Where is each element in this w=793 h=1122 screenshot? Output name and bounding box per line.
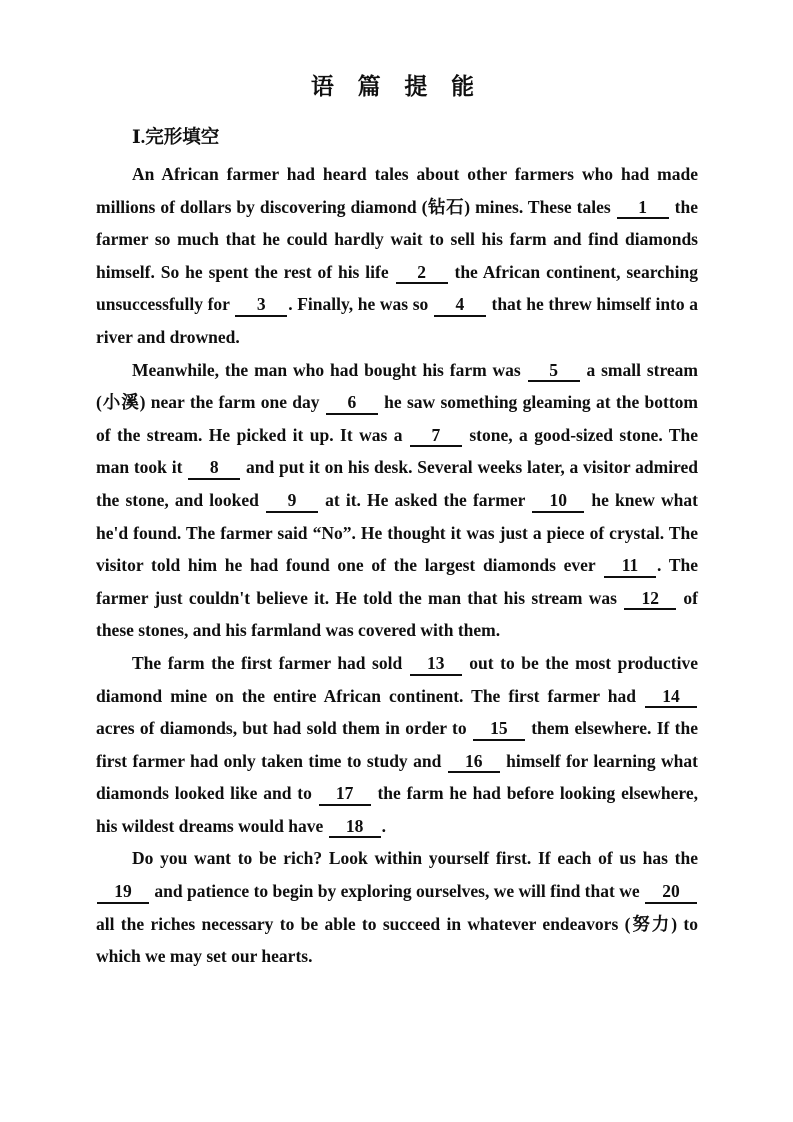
blank-number: 14 <box>662 686 680 706</box>
cloze-blank-5: 5 <box>528 361 580 383</box>
cloze-blank-2: 2 <box>396 263 448 285</box>
blank-number: 2 <box>417 262 426 282</box>
blank-number: 4 <box>456 294 465 314</box>
blank-number: 17 <box>336 783 354 803</box>
blank-number: 1 <box>638 197 647 217</box>
cloze-blank-18: 18 <box>329 817 381 839</box>
blank-number: 15 <box>490 718 508 738</box>
blank-number: 19 <box>114 881 132 901</box>
cloze-blank-4: 4 <box>434 295 486 317</box>
cloze-blank-13: 13 <box>410 654 462 676</box>
blank-number: 20 <box>662 881 680 901</box>
blank-number: 9 <box>288 490 297 510</box>
blank-number: 10 <box>550 490 568 510</box>
cloze-blank-12: 12 <box>624 589 676 611</box>
document-page: 语 篇 提 能 Ⅰ.完形填空 An African farmer had hea… <box>0 0 793 1122</box>
cloze-blank-7: 7 <box>410 426 462 448</box>
section-heading-cloze: Ⅰ.完形填空 <box>96 126 698 150</box>
blank-number: 3 <box>257 294 266 314</box>
cloze-blank-3: 3 <box>235 295 287 317</box>
cloze-blank-15: 15 <box>473 719 525 741</box>
blank-number: 13 <box>427 653 445 673</box>
passage-paragraph-2: Meanwhile, the man who had bought his fa… <box>96 354 698 647</box>
cloze-blank-6: 6 <box>326 393 378 415</box>
blank-number: 8 <box>210 457 219 477</box>
passage-paragraph-4: Do you want to be rich? Look within your… <box>96 842 698 972</box>
blank-number: 16 <box>465 751 483 771</box>
cloze-blank-9: 9 <box>266 491 318 513</box>
blank-number: 6 <box>347 392 356 412</box>
passage-paragraph-1: An African farmer had heard tales about … <box>96 158 698 354</box>
cloze-blank-16: 16 <box>448 752 500 774</box>
page-title: 语 篇 提 能 <box>96 72 698 102</box>
blank-number: 7 <box>432 425 441 445</box>
blank-number: 18 <box>346 816 364 836</box>
cloze-passage: An African farmer had heard tales about … <box>96 158 698 973</box>
cloze-blank-19: 19 <box>97 882 149 904</box>
passage-paragraph-3: The farm the first farmer had sold 13 ou… <box>96 647 698 843</box>
blank-number: 12 <box>641 588 659 608</box>
blank-number: 11 <box>622 555 639 575</box>
cloze-blank-11: 11 <box>604 556 656 578</box>
cloze-blank-1: 1 <box>617 198 669 220</box>
cloze-blank-17: 17 <box>319 784 371 806</box>
cloze-blank-8: 8 <box>188 458 240 480</box>
blank-number: 5 <box>549 360 558 380</box>
cloze-blank-14: 14 <box>645 687 697 709</box>
cloze-blank-20: 20 <box>645 882 697 904</box>
cloze-blank-10: 10 <box>532 491 584 513</box>
